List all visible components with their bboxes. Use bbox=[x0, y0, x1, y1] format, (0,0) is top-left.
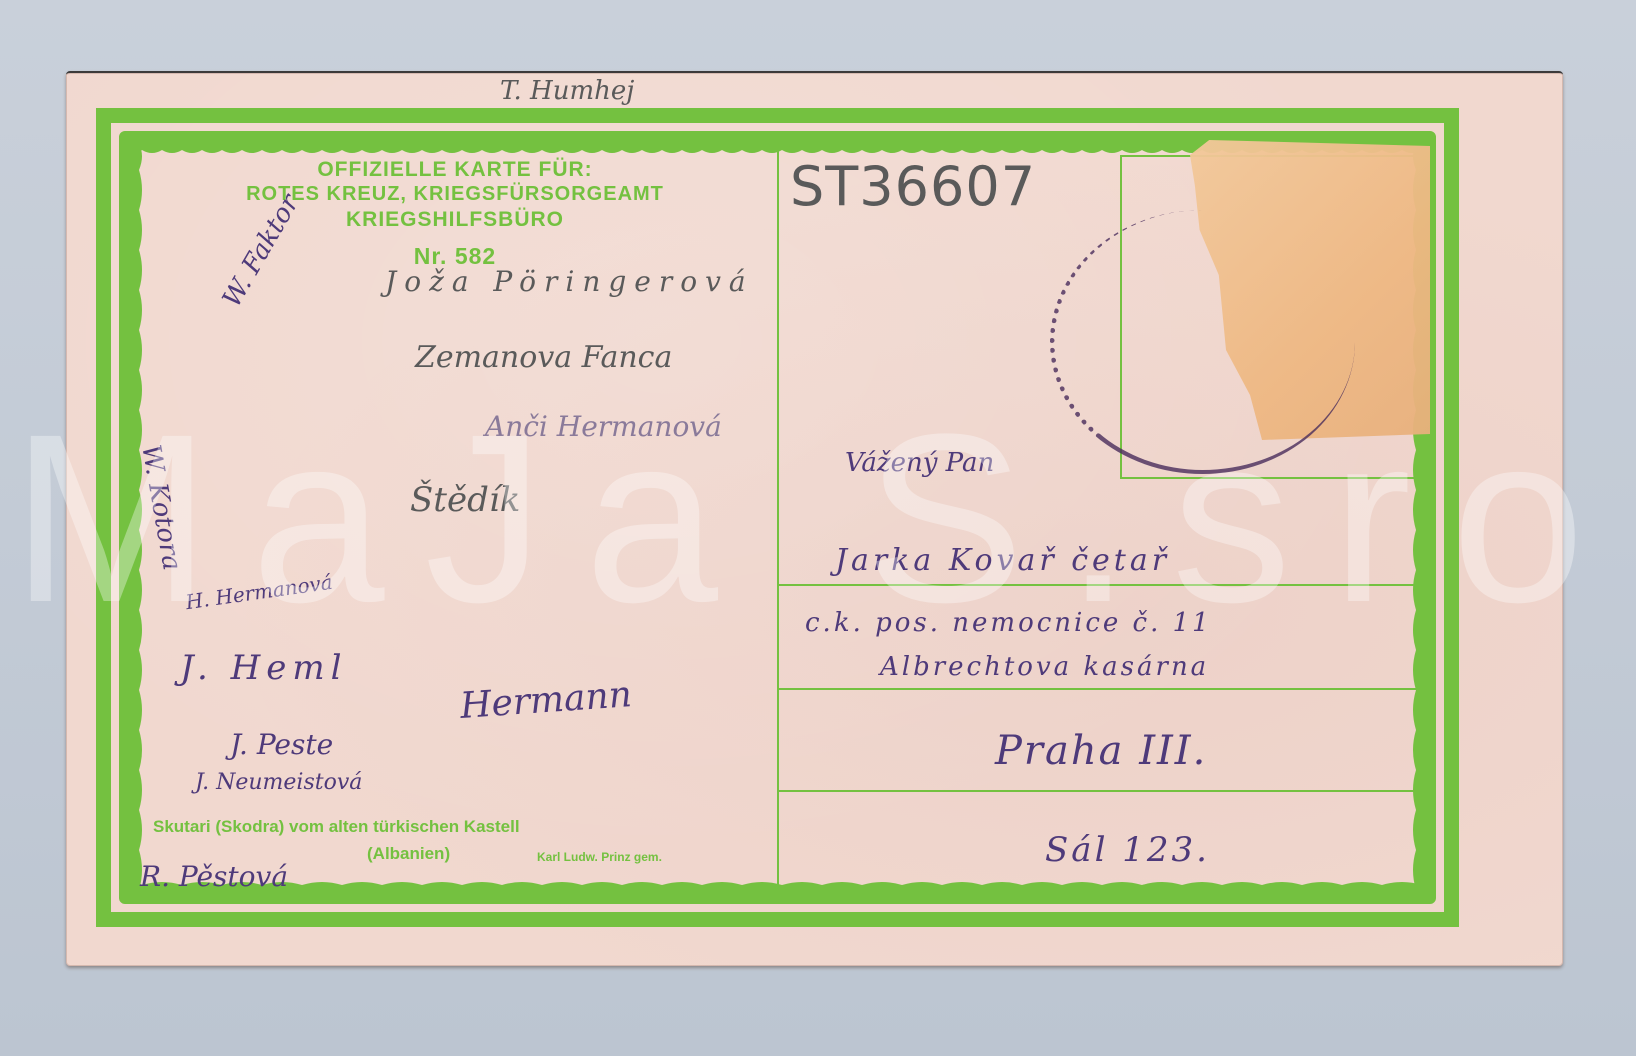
address-city: Praha III. bbox=[995, 728, 1207, 774]
address-line-3 bbox=[779, 790, 1436, 792]
signature: J. Peste bbox=[230, 728, 333, 761]
signature: Zemanova Fanca bbox=[415, 340, 672, 375]
signature: J. Neumeistová bbox=[195, 770, 362, 795]
address-room: Sál 123. bbox=[1045, 830, 1210, 870]
header-line-2: ROTES KREUZ, KRIEGSFÜRSORGEAMT bbox=[130, 183, 780, 206]
artist-credit: Karl Ludw. Prinz gem. bbox=[537, 850, 662, 864]
signature: Joža Pöringerová bbox=[385, 265, 754, 298]
header-line-1: OFFIZIELLE KARTE FÜR: bbox=[140, 158, 770, 182]
signature: T. Humhej bbox=[500, 76, 634, 106]
watermark: MaJa S.sro bbox=[0, 380, 1636, 656]
header-line-3: KRIEGSHILFSBÜRO bbox=[140, 208, 770, 232]
address-line-barracks: Albrechtova kasárna bbox=[880, 652, 1209, 682]
inventory-code: ST36607 bbox=[790, 155, 1036, 218]
signature: R. Pěstová bbox=[140, 860, 288, 893]
caption-line-1: Skutari (Skodra) vom alten türkischen Ka… bbox=[153, 817, 520, 837]
caption-line-2: (Albanien) bbox=[367, 844, 450, 864]
address-line-2 bbox=[779, 688, 1436, 690]
